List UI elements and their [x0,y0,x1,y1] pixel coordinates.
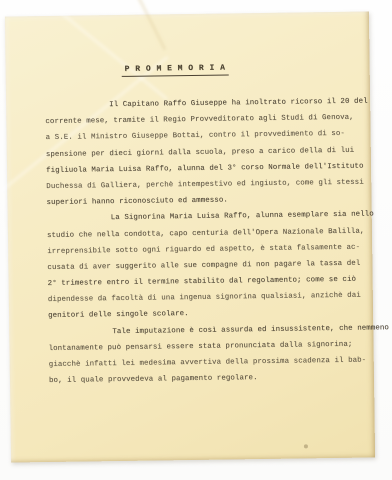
paragraph: Il Capitano Raffo Giuseppe ha inoltrato … [45,94,359,212]
paper-sheet: P R O M E M O R I A Il Capitano Raffo Gi… [5,11,375,462]
paragraph: Tale imputazione è così assurda ed insus… [48,320,361,389]
scan-background: P R O M E M O R I A Il Capitano Raffo Gi… [0,0,392,480]
text-line: bo, il quale provvedeva al pagamento reg… [49,369,361,390]
paper-crease [124,0,166,50]
paper-crease [8,0,168,100]
paper-speck [304,444,308,448]
paragraph: La Signorina Maria Luisa Raffo, alunna e… [47,207,361,325]
document-body: Il Capitano Raffo Giuseppe ha inoltrato … [45,94,361,390]
document-title: P R O M E M O R I A [122,63,229,76]
